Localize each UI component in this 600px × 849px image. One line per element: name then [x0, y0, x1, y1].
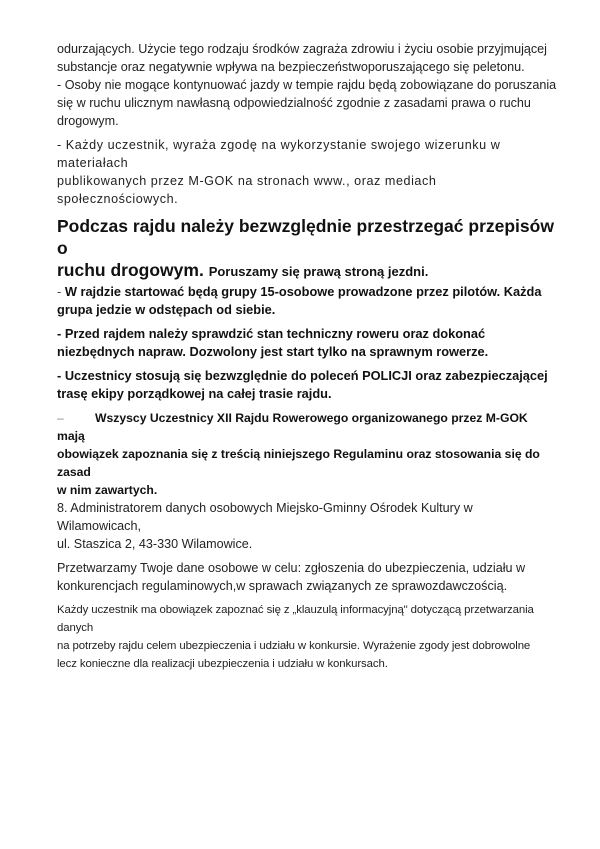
heading-tail: Poruszamy się prawą stroną jezdni. — [209, 264, 429, 279]
text-line: Przetwarzamy Twoje dane osobowe w celu: … — [57, 561, 525, 575]
section-heading: Podczas rajdu należy bezwzględnie przest… — [57, 215, 557, 283]
text-line: 8. Administratorem danych osobowych Miej… — [57, 501, 473, 533]
text-line: w nim zawartych. — [57, 483, 157, 497]
paragraph-data-purpose: Przetwarzamy Twoje dane osobowe w celu: … — [57, 559, 557, 595]
document-page: odurzających. Użycie tego rodzaju środkó… — [57, 40, 557, 673]
text-line: się w ruchu ulicznym nawłasną odpowiedzi… — [57, 96, 531, 110]
paragraph-information-clause: Każdy uczestnik ma obowiązek zapoznać si… — [57, 601, 557, 673]
rule-bike-check: - Przed rajdem należy sprawdzić stan tec… — [57, 325, 557, 361]
rule-groups: - W rajdzie startować będą grupy 15-osob… — [57, 283, 557, 319]
text-line: drogowym. — [57, 114, 119, 128]
list-dash: – — [57, 409, 95, 427]
text-line: na potrzeby rajdu celem ubezpieczenia i … — [57, 640, 530, 652]
text-line: - Przed rajdem należy sprawdzić stan tec… — [57, 326, 485, 341]
text-line: - Uczestnicy stosują się bezwzględnie do… — [57, 368, 548, 383]
text-line: trasę ekipy porządkowej na całej trasie … — [57, 386, 332, 401]
text-line: Każdy uczestnik ma obowiązek zapoznać si… — [57, 604, 534, 634]
paragraph-administrator: 8. Administratorem danych osobowych Miej… — [57, 499, 557, 553]
text-line: - Każdy uczestnik, wyraża zgodę na wykor… — [57, 138, 500, 170]
heading-line: ruchu drogowym. — [57, 260, 204, 280]
rule-participants: –Wszyscy Uczestnicy XII Rajdu Rowerowego… — [57, 409, 557, 499]
text-line: W rajdzie startować będą grupy 15-osobow… — [65, 284, 542, 299]
rule-police: - Uczestnicy stosują się bezwzględnie do… — [57, 367, 557, 403]
text-line: lecz konieczne dla realizacji ubezpiecze… — [57, 658, 388, 670]
paragraph-substances: odurzających. Użycie tego rodzaju środkó… — [57, 40, 557, 130]
text-line: niezbędnych napraw. Dozwolony jest start… — [57, 344, 488, 359]
text-line: grupa jedzie w odstępach od siebie. — [57, 302, 275, 317]
text-line: konkurencjach regulaminowych,w sprawach … — [57, 579, 507, 593]
text-line: Wszyscy Uczestnicy XII Rajdu Rowerowego … — [57, 411, 528, 443]
paragraph-image-consent: - Każdy uczestnik, wyraża zgodę na wykor… — [57, 136, 557, 208]
list-dash: - — [57, 284, 61, 299]
text-line: - Osoby nie mogące kontynuować jazdy w t… — [57, 78, 556, 92]
text-line: społecznościowych. — [57, 192, 178, 206]
text-line: ul. Staszica 2, 43-330 Wilamowice. — [57, 537, 252, 551]
heading-line: Podczas rajdu należy bezwzględnie przest… — [57, 216, 554, 258]
text-line: obowiązek zapoznania się z treścią ninie… — [57, 447, 540, 479]
text-line: substancje oraz negatywnie wpływa na bez… — [57, 60, 525, 74]
text-line: publikowanych przez M-GOK na stronach ww… — [57, 174, 436, 188]
text-line: odurzających. Użycie tego rodzaju środkó… — [57, 42, 547, 56]
